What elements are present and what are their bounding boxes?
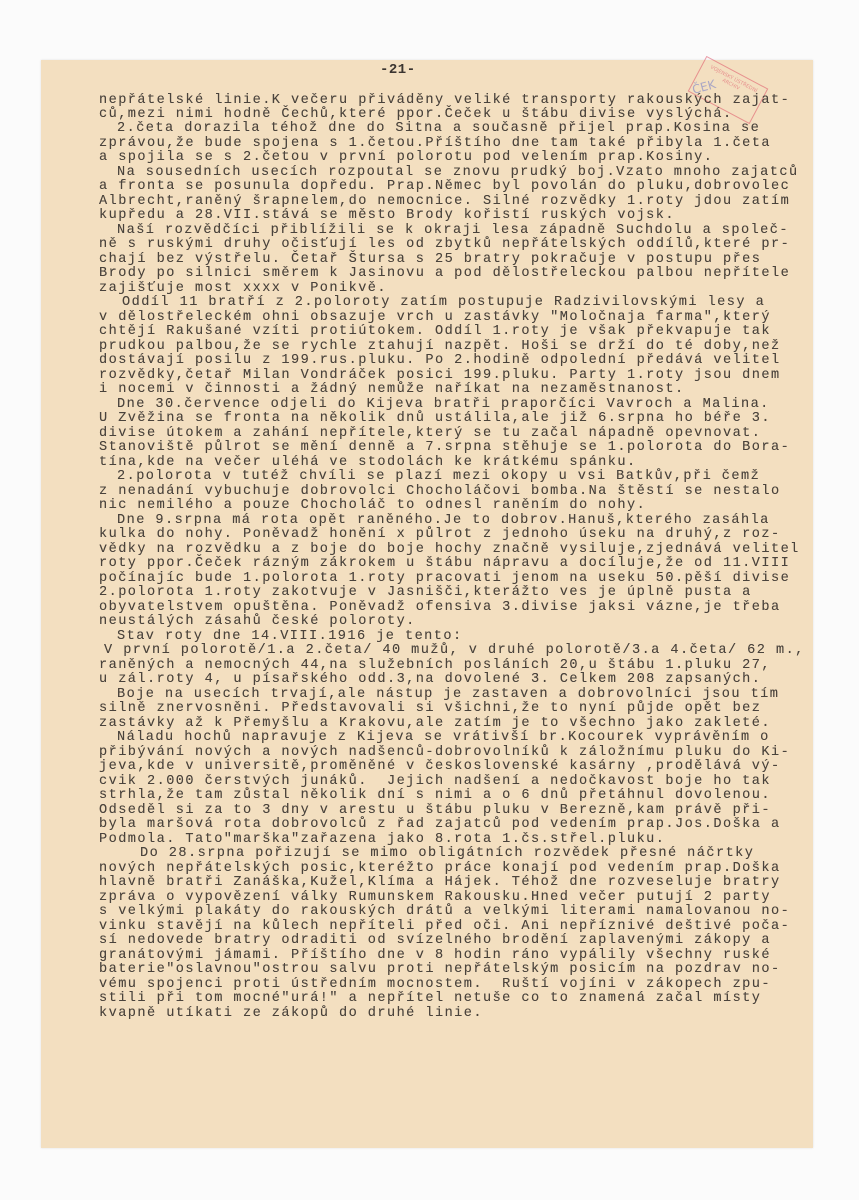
text-line: s velkými plakáty do rakouských drátů a …	[99, 905, 790, 919]
text-line: Dne 30.července odjeli do Kijeva bratři …	[117, 398, 770, 412]
text-line: a fronta se posunula dopředu. Prap.Němec…	[99, 180, 790, 194]
text-line: jeva,kde v universitě,proměněné v českos…	[99, 760, 781, 774]
text-line: tína,kde na večer uléhá ve stodolách ke …	[99, 456, 637, 470]
text-line: u zál.roty 4, u písařského odd.3,na dovo…	[99, 673, 761, 687]
text-line: Oddíl 11 bratří z 2.poloroty zatím postu…	[122, 296, 765, 310]
text-line: i nocemi v činnosti a žádný nemůže nařík…	[99, 383, 685, 397]
text-line: Na sousedních usecích rozpoutal se znovu…	[117, 166, 799, 180]
text-line: zastávky až k Přemyšlu a Krakovu,ale zat…	[99, 717, 771, 731]
text-line: raněných a nemocných 44,na služebních po…	[99, 659, 771, 673]
text-line: byla maršová rota dobrovolců z řad zajat…	[99, 818, 781, 832]
text-line: ců,mezi nimi hodně Čechů,které ppor.Čeče…	[99, 108, 733, 122]
text-line: kupředu a 28.VII.stává se město Brody ko…	[99, 209, 675, 223]
text-line: vinku stavějí na kůlech nepříteli před o…	[99, 920, 790, 934]
text-line: vědky na rozvědku a z boje do boje hochy…	[99, 543, 800, 557]
text-line: strhla,že tam zůstal několik dní s nimi …	[99, 789, 771, 803]
text-line: Odseděl si za to 3 dny v arestu u štábu …	[99, 804, 771, 818]
text-line: chtějí Rakušané vzíti protiútokem. Oddíl…	[99, 325, 771, 339]
text-line: Stav roty dne 14.VIII.1916 je tento:	[117, 630, 463, 644]
text-line: ně s ruskými druhy očisťují les od zbytk…	[99, 238, 790, 252]
text-line: kulka do nohy. Poněvadž honění x půlrot …	[99, 528, 781, 542]
text-line: Boje na usecích trvají,ale nástup je zas…	[117, 688, 779, 702]
text-line: nových nepřátelských posic,kteréžto prác…	[99, 862, 781, 876]
text-line: V první polorotě/1.a 2.četa/ 40 mužů, v …	[104, 644, 805, 658]
text-line: zprávou,že bude spojena s 1.četou.Příští…	[99, 137, 771, 151]
text-line: silně znervosněni. Představovali si všic…	[99, 702, 761, 716]
text-line: Dne 9.srpna má rota opět raněného.Je to …	[117, 514, 770, 528]
text-line: obyvatelstvem opuštěna. Poněvadž ofensiv…	[99, 601, 781, 615]
text-line: sí nedovede bratry odraditi od svízelnéh…	[99, 934, 771, 948]
text-line: Do 28.srpna pořizují se mimo obligátních…	[140, 847, 754, 861]
text-line: a spojila se s 2.četou v první polorotu …	[99, 151, 713, 165]
text-line: stili při tom mocné"urá!" a nepřítel net…	[99, 992, 761, 1006]
text-line: Náladu hochů napravuje z Kijeva se vráti…	[117, 731, 770, 745]
text-line: 2.polorota v tutéž chvíli se plazí mezi …	[117, 470, 760, 484]
text-line: 2.polorota 1.roty zakotvuje v Jasnišči,k…	[99, 586, 752, 600]
text-line: U Zvěžina se fronta na několik dnů ustál…	[99, 412, 771, 426]
text-line: z nenadání vybuchuje dobrovolci Chocholá…	[99, 485, 781, 499]
text-line: Naší rozvědčíci přiblížili se k okraji l…	[117, 224, 789, 238]
text-line: Albrecht,raněný šrapnelem,do nemocnice. …	[99, 195, 790, 209]
text-line: kvapně utíkati ze zákopů do druhé linie.	[99, 1007, 483, 1021]
text-line: zpráva o vypovězení války Rumunskem Rako…	[99, 891, 771, 905]
text-line: chají bez výstřelu. Četař Štursa s 25 br…	[99, 253, 761, 267]
text-line: Podmola. Tato"marška"zařazena jako 8.rot…	[99, 833, 665, 847]
text-line: vému spojenci proti ústředním mocnostem.…	[99, 978, 771, 992]
text-line: v dělostřeleckém ohni obsazuje vrch u za…	[99, 311, 771, 325]
text-line: neustálých zásahů české poloroty.	[99, 615, 416, 629]
text-line: cvik 2.000 čerstvých junáků. Jejich nadš…	[99, 775, 771, 789]
text-line: Brody po silnici směrem k Jasinovu a pod…	[99, 267, 790, 281]
text-line: hlavně bratři Zanáška,Kužel,Klíma a Háje…	[99, 876, 781, 890]
text-line: divise útokem a zahání nepřítele,který s…	[99, 427, 761, 441]
text-line: zajišťuje most xxxx v Ponikvě.	[99, 282, 387, 296]
text-line: Stanoviště půlrot se mění denně a 7.srpn…	[99, 441, 790, 455]
text-line: 2.četa dorazila téhož dne do Sitna a sou…	[117, 122, 760, 136]
text-line: roty ppor.Čeček rázným zákrokem u štábu …	[99, 557, 790, 571]
text-line: nepřátelské linie.K večeru přiváděny vel…	[99, 94, 790, 108]
text-line: rozvědky,četař Milan Vondráček posici 19…	[99, 369, 781, 383]
text-line: přibývání nových a nových nadšenců-dobro…	[99, 746, 790, 760]
text-line: baterie"oslavnou"ostrou salvu proti nepř…	[99, 963, 781, 977]
text-line: dostávají posilu z 199.rus.pluku. Po 2.h…	[99, 354, 781, 368]
page-number: -21-	[380, 62, 416, 78]
text-line: prudkou palbou,že se rychle ztahují nazp…	[99, 340, 781, 354]
text-line: nic nemilého a pouze Chocholáč to odnesl…	[99, 499, 646, 513]
text-line: granátovými jámami. Příštího dne v 8 hod…	[99, 949, 771, 963]
text-line: počínajíc bude 1.polorota 1.roty pracova…	[99, 572, 790, 586]
